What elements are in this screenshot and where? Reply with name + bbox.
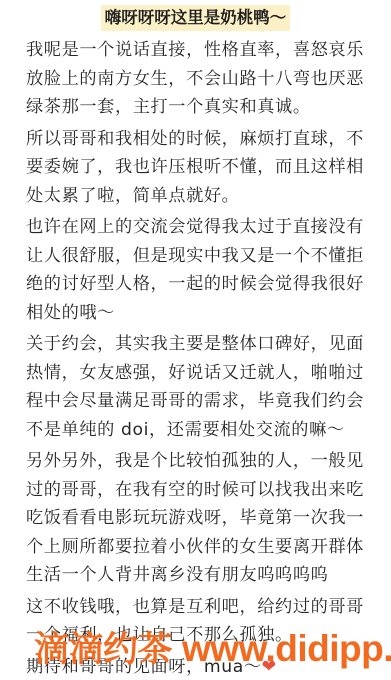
title-wrap: 嗨呀呀呀这里是奶桃鸭～ [0, 5, 391, 31]
paragraph-intro: 我呢是一个说话直接，性格直率，喜怒哀乐放脸上的南方女生，不会山路十八弯也厌恶绿茶… [26, 36, 366, 122]
watermark-url: www.didipp.xyz [182, 628, 391, 669]
post-body: 我呢是一个说话直接，性格直率，喜怒哀乐放脸上的南方女生，不会山路十八弯也厌恶绿茶… [26, 36, 366, 680]
paragraph-loneliness: 另外另外，我是个比较怕孤独的人，一般见过的哥哥，在我有空的时候可以找我出来吃吃饭… [26, 447, 366, 590]
watermark-overlay: 滴滴约茶www.didipp.xyz [34, 626, 364, 673]
page-title: 嗨呀呀呀这里是奶桃鸭～ [101, 5, 291, 31]
paragraph-personality: 也许在网上的交流会觉得我太过于直接没有让人很舒服，但是现实中我又是一个不懂拒绝的… [26, 213, 366, 327]
paragraph-dating: 关于约会，其实我主要是整体口碑好，见面热情，女友感强，好说话又迁就人，啪啪过程中… [26, 330, 366, 444]
watermark-brand: 滴滴约茶 [34, 630, 172, 670]
paragraph-communication: 所以哥哥和我相处的时候，麻烦打直球，不要委婉了，我也许压根听不懂，而且这样相处太… [26, 125, 366, 211]
